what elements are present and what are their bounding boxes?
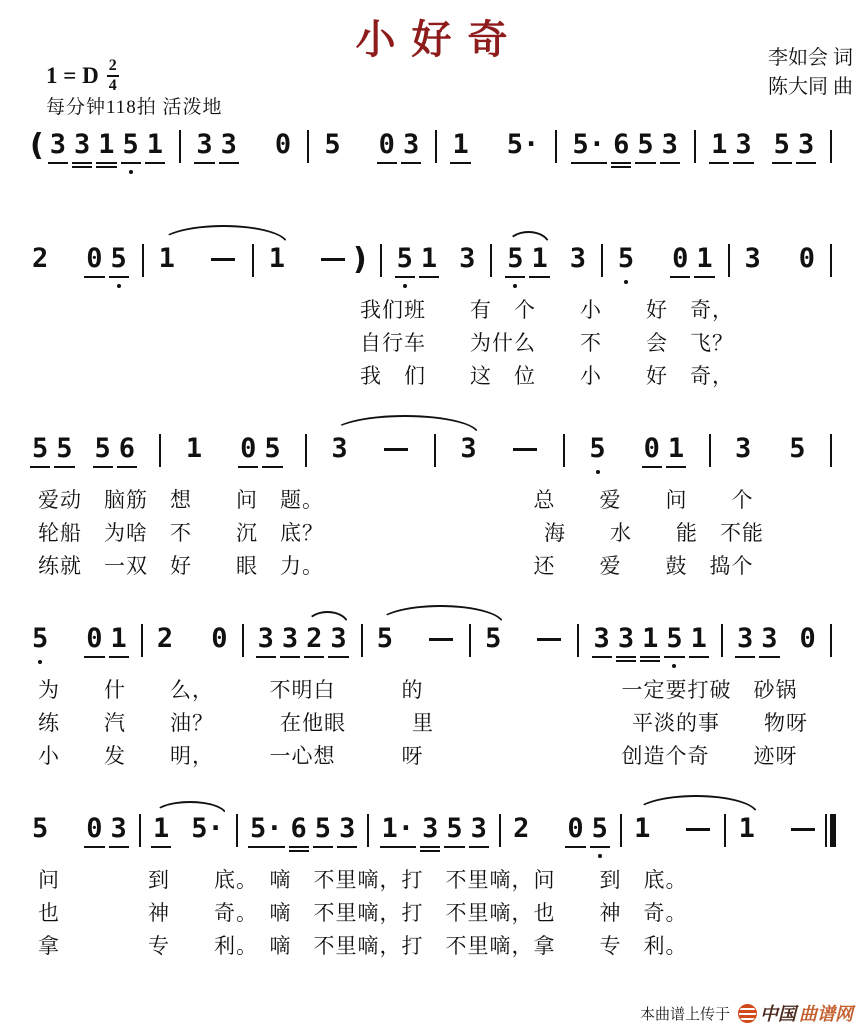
low-octave-dot — [117, 284, 121, 288]
note: 3 — [72, 130, 92, 160]
note: 5 — [30, 814, 50, 844]
lyrics-row-3: 我 们 这 位 小 好 奇， — [360, 366, 734, 387]
notes-row: 50315·5·6531·35320511 — [28, 814, 838, 847]
note: 3 — [568, 244, 588, 274]
note: 3 — [328, 624, 348, 654]
note: 5 — [109, 244, 129, 274]
barline — [499, 814, 501, 847]
measure: 5 — [373, 624, 459, 654]
music-line-5: 50315·5·6531·35320511 问 到 底。 嘀 不里嘀，打 不里嘀… — [28, 814, 838, 990]
tempo-marking: 每分钟118拍 活泼地 — [46, 92, 223, 119]
notes-row: 5012033235533151330 — [28, 624, 838, 657]
measure: 513 — [393, 244, 480, 274]
barline — [490, 244, 492, 277]
note: 5· — [571, 130, 608, 160]
slur-tie — [306, 611, 349, 625]
note: 5 — [121, 130, 141, 160]
key-label: 1 = D — [46, 63, 99, 89]
phrase-paren: ) — [353, 244, 367, 275]
barline — [236, 814, 238, 847]
measure: 1 — [155, 244, 241, 274]
note: 1 — [689, 624, 709, 654]
measure: 5556 — [28, 434, 139, 464]
barline — [830, 130, 832, 163]
dash-note — [321, 258, 345, 261]
note: 0 — [798, 624, 818, 654]
note: 0 — [84, 244, 104, 274]
note: 0 — [565, 814, 585, 844]
low-octave-dot — [38, 660, 42, 664]
lyrics-row-2: 也 神 奇。 嘀 不里嘀，打 不里嘀，也 神 奇。 — [38, 903, 688, 924]
sheet-music-page: 小好奇 李如会 词 陈大同 曲 1 = D 2 4 每分钟118拍 活泼地 (3… — [0, 0, 863, 1032]
note: 1 — [419, 244, 439, 274]
note: 5 — [505, 244, 525, 274]
barline — [724, 814, 726, 847]
dash-note — [211, 258, 235, 261]
low-octave-dot — [672, 664, 676, 668]
note: 0 — [238, 434, 258, 464]
song-title: 小好奇 — [0, 8, 863, 65]
lyrics-row-3: 小 发 明， 一心想 呀 创造个奇 迹呀 — [38, 746, 798, 767]
note: 0 — [797, 244, 817, 274]
note: 3 — [592, 624, 612, 654]
site-name-secondary: 曲谱网 — [799, 1000, 853, 1026]
barline — [563, 434, 565, 467]
barline — [435, 130, 437, 163]
measure: 1·353 — [378, 814, 491, 844]
barline — [709, 434, 711, 467]
note: 5 — [664, 624, 684, 654]
note: 3 — [280, 624, 300, 654]
lyrics-row-2: 练 汽 油？ 在他眼 里 平淡的事 物呀 — [38, 713, 808, 734]
measure: 1353 — [707, 130, 818, 160]
phrase-paren: ( — [30, 130, 44, 161]
lyrics-row-2: 轮船 为啥 不 沉 底？ 海 水 能 不能 — [38, 523, 764, 544]
site-logo: 中国 曲谱网 — [738, 1000, 853, 1026]
measure: 330 — [733, 624, 820, 654]
note: 1 — [694, 244, 714, 274]
note: 5 — [93, 434, 113, 464]
measure: 5 — [481, 624, 567, 654]
lyrics-row-1: 问 到 底。 嘀 不里嘀，打 不里嘀，问 到 底。 — [38, 870, 688, 891]
upload-note: 本曲谱上传于 — [640, 1003, 730, 1024]
note: 5· — [189, 814, 226, 844]
note: 3 — [616, 624, 636, 654]
notes-row: 20511)51351350130 — [28, 244, 838, 277]
key-signature: 1 = D 2 4 — [46, 58, 119, 94]
measure: (33151 — [28, 130, 167, 161]
note: 1 — [529, 244, 549, 274]
site-name-primary: 中国 — [760, 1000, 796, 1026]
lyrics-row-3: 练就 一双 好 眼 力。 还 爱 鼓 捣个 — [38, 556, 754, 577]
note: 3 — [469, 814, 489, 844]
note: 3 — [733, 434, 753, 464]
note: 5 — [30, 624, 50, 654]
measure: 105 — [182, 434, 285, 464]
measure: 205 — [509, 814, 612, 844]
measure: 15· — [149, 814, 228, 844]
final-barline — [825, 814, 836, 847]
note: 1 — [450, 130, 470, 160]
note: 3 — [109, 814, 129, 844]
barline — [728, 244, 730, 277]
low-octave-dot — [129, 170, 133, 174]
music-line-2: 20511)51351350130 我们班 有 个 小 好 奇，自行车 为什么 … — [28, 244, 838, 420]
dash-note — [791, 828, 815, 831]
barline — [159, 434, 161, 467]
note: 3 — [759, 624, 779, 654]
barline — [367, 814, 369, 847]
measure: 5·653 — [569, 130, 682, 160]
footer: 本曲谱上传于 中国 曲谱网 — [640, 1000, 853, 1026]
barline — [721, 624, 723, 657]
note: 5 — [262, 434, 282, 464]
note: 6 — [611, 130, 631, 160]
notes-row: 55561053350135 — [28, 434, 838, 467]
measure: 3 — [327, 434, 413, 464]
note: 5 — [322, 130, 342, 160]
note: 5 — [54, 434, 74, 464]
lyrics-row-3: 拿 专 利。 嘀 不里嘀，打 不里嘀，拿 专 利。 — [38, 936, 688, 957]
barline — [179, 130, 181, 163]
note: 1 — [109, 624, 129, 654]
note: 6 — [117, 434, 137, 464]
note: 1 — [184, 434, 204, 464]
note: 0 — [273, 130, 293, 160]
lyrics-row-2: 自行车 为什么 不 会 飞？ — [360, 333, 734, 354]
dash-note — [686, 828, 710, 831]
note: 1 — [666, 434, 686, 464]
note: 3 — [420, 814, 440, 844]
note: 5 — [395, 244, 415, 274]
music-line-3: 55561053350135 爱动 脑筋 想 问 题。 总 爱 问 个轮船 为啥… — [28, 434, 838, 610]
note: 0 — [84, 814, 104, 844]
note: 1 — [737, 814, 757, 844]
site-logo-icon — [738, 1004, 757, 1023]
note: 3 — [48, 130, 68, 160]
note: 1 — [157, 244, 177, 274]
note: 1 — [145, 130, 165, 160]
note: 5· — [248, 814, 285, 844]
note: 2 — [155, 624, 175, 654]
note: 5 — [590, 814, 610, 844]
note: 0 — [670, 244, 690, 274]
measure: 501 — [585, 434, 688, 464]
note: 3 — [733, 130, 753, 160]
note: 3 — [796, 130, 816, 160]
barline — [601, 244, 603, 277]
barline — [142, 244, 144, 277]
note: 3 — [660, 130, 680, 160]
note: 5 — [635, 130, 655, 160]
barline — [469, 624, 471, 657]
note: 5 — [444, 814, 464, 844]
barline — [434, 434, 436, 467]
low-octave-dot — [624, 280, 628, 284]
note: 6 — [289, 814, 309, 844]
measure: 513 — [503, 244, 590, 274]
dash-note — [513, 448, 537, 451]
measure: 205 — [28, 244, 131, 274]
measure: 501 — [28, 624, 131, 654]
note: 3 — [256, 624, 276, 654]
barline — [830, 434, 832, 467]
note: 0 — [209, 624, 229, 654]
barline — [139, 814, 141, 847]
measure: 503 — [320, 130, 423, 160]
note: 0 — [642, 434, 662, 464]
barline — [252, 244, 254, 277]
barline — [694, 130, 696, 163]
measure: 501 — [614, 244, 717, 274]
low-octave-dot — [513, 284, 517, 288]
measure: 15· — [448, 130, 543, 160]
measure: 20 — [153, 624, 232, 654]
note: 2 — [304, 624, 324, 654]
lyrics-row-1: 爱动 脑筋 想 问 题。 总 爱 问 个 — [38, 490, 754, 511]
note: 3 — [219, 130, 239, 160]
note: 5 — [616, 244, 636, 274]
note: 3 — [743, 244, 763, 274]
note: 0 — [377, 130, 397, 160]
measure: 503 — [28, 814, 131, 844]
lyrics-row-1: 我们班 有 个 小 好 奇， — [360, 300, 734, 321]
meter-numerator: 2 — [107, 58, 119, 75]
note: 1 — [640, 624, 660, 654]
note: 5 — [375, 624, 395, 654]
measure: 33151 — [590, 624, 711, 654]
measure: 3323 — [254, 624, 351, 654]
lyrics-row-1: 为 什 么， 不明白 的 一定要打破 砂锅 — [38, 680, 798, 701]
barline — [830, 244, 832, 277]
note: 5· — [505, 130, 542, 160]
note: 1 — [96, 130, 116, 160]
barline — [307, 130, 309, 163]
time-signature: 2 4 — [107, 58, 119, 94]
note: 1 — [267, 244, 287, 274]
barline — [141, 624, 143, 657]
measure: 3 — [456, 434, 542, 464]
note: 3 — [337, 814, 357, 844]
barline — [830, 624, 832, 657]
note: 1 — [151, 814, 171, 844]
dash-note — [384, 448, 408, 451]
barline — [620, 814, 622, 847]
measure: 1 — [735, 814, 821, 844]
note: 5 — [587, 434, 607, 464]
note: 5 — [483, 624, 503, 654]
measure: 30 — [741, 244, 820, 274]
note: 5 — [30, 434, 50, 464]
dash-note — [537, 638, 561, 641]
composer-credit: 陈大同 曲 — [768, 73, 853, 102]
barline — [577, 624, 579, 657]
note: 5 — [313, 814, 333, 844]
low-octave-dot — [598, 854, 602, 858]
barline — [242, 624, 244, 657]
note: 3 — [735, 624, 755, 654]
measure: 35 — [731, 434, 810, 464]
note: 1 — [632, 814, 652, 844]
measure: 1 — [630, 814, 716, 844]
measure: 330 — [192, 130, 295, 160]
credits: 李如会 词 陈大同 曲 — [768, 44, 853, 102]
barline — [380, 244, 382, 277]
note: 5 — [772, 130, 792, 160]
lyricist-credit: 李如会 词 — [768, 44, 853, 73]
note: 3 — [458, 434, 478, 464]
note: 1· — [380, 814, 417, 844]
measure: 1) — [265, 244, 369, 275]
low-octave-dot — [596, 470, 600, 474]
note: 3 — [194, 130, 214, 160]
note: 1 — [709, 130, 729, 160]
notes-row: (3315133050315·5·6531353 — [28, 130, 838, 163]
barline — [555, 130, 557, 163]
note: 2 — [30, 244, 50, 274]
note: 5 — [787, 434, 807, 464]
note: 3 — [401, 130, 421, 160]
note: 2 — [511, 814, 531, 844]
low-octave-dot — [403, 284, 407, 288]
note: 3 — [457, 244, 477, 274]
music-line-4: 5012033235533151330 为 什 么， 不明白 的 一定要打破 砂… — [28, 624, 838, 800]
barline — [361, 624, 363, 657]
measure: 5·653 — [246, 814, 359, 844]
note: 0 — [84, 624, 104, 654]
note: 3 — [329, 434, 349, 464]
barline — [305, 434, 307, 467]
slur-tie — [153, 801, 227, 815]
dash-note — [429, 638, 453, 641]
